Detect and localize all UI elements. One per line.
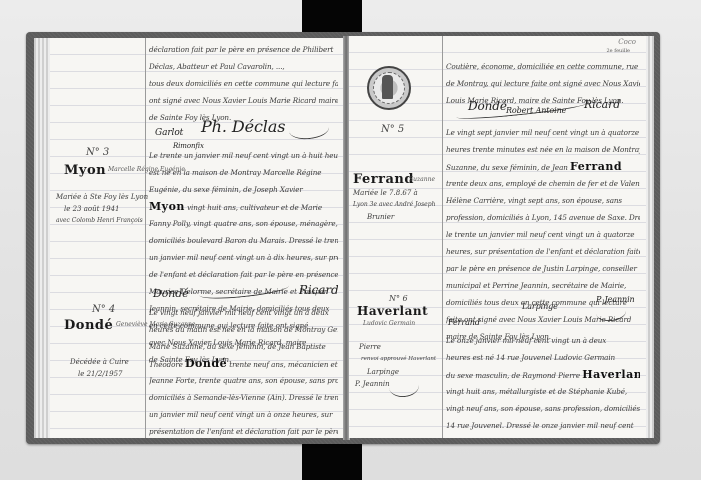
entry-surname: Myon: [64, 163, 106, 178]
scan-mask-bottom: [302, 444, 362, 480]
entry-surname: Dondé: [64, 318, 113, 333]
signature: Ferrand: [448, 314, 480, 331]
margin-rule: [442, 36, 443, 438]
inline-surname: Ferrand: [570, 160, 622, 173]
signature: Larpinge: [522, 298, 558, 315]
entry-surname: Ferrand: [353, 172, 414, 187]
marginal-note-line: le 21/2/1957: [78, 368, 123, 380]
entry-number: N° 4: [92, 304, 115, 315]
marginal-note-line: Lyon 3e avec André Joseph: [353, 199, 435, 211]
entry-body-donde: Le vingt neuf janvier mil neuf cent ving…: [149, 304, 338, 438]
signature: Ricard: [584, 96, 620, 113]
entry-number: N° 6: [389, 294, 408, 303]
marginal-note-line: Pierre: [359, 341, 381, 353]
marginal-note-line: le 23 août 1941: [64, 203, 120, 215]
scan-mask-top: [302, 0, 362, 36]
inline-surname: Dondé: [185, 357, 227, 370]
signature: Ph. Déclas: [201, 118, 285, 135]
entry-number: N° 5: [381, 124, 404, 135]
left-page: N° 3 Myon Marcelle Régine Eugénie Mariée…: [50, 38, 344, 438]
entry-body-haverlant: Le onze janvier mil neuf cent vingt un à…: [446, 332, 640, 434]
left-margin-column: N° 3 Myon Marcelle Régine Eugénie Mariée…: [50, 38, 144, 438]
signature-flourish: [388, 374, 420, 398]
marginal-note-line: renvoi approuvé Haverlant: [361, 353, 436, 365]
right-page-body: Coutière, économe, domiciliée en cette c…: [446, 36, 640, 438]
marginal-note-line: Brunier: [367, 211, 394, 223]
marginal-note-line: P. Jeannin: [355, 378, 390, 390]
right-margin-column: N° 5 Ferrand Suzanne Mariée le 7.8.67 à …: [349, 36, 441, 438]
signature: Dondé: [153, 285, 189, 302]
marginal-note-line: Mariée le 7.8.67 à: [353, 187, 418, 199]
marginal-note-line: Mariée à Ste Foy lès Lyon: [56, 191, 148, 203]
entry-given-names: Suzanne: [409, 176, 435, 183]
right-page: Coco 2e feuille N° 5 Ferrand Suzanne Mar…: [349, 36, 646, 438]
entry-number: N° 3: [86, 147, 109, 158]
municipal-seal-stamp: [367, 66, 411, 110]
margin-rule: [145, 38, 146, 438]
continuation-text: déclaration fait par le père en présence…: [149, 41, 338, 126]
signature-flourish: [288, 118, 330, 141]
signature: Ricard: [299, 282, 338, 299]
marginal-note-line: Décédée à Cuire: [70, 356, 129, 368]
page-edges-right: [646, 36, 654, 438]
entry-surname: Haverlant: [357, 304, 428, 318]
marginal-note-line: avec Colomb Henri François: [56, 215, 143, 227]
inline-surname: Haverlant: [582, 368, 640, 381]
entry-given-names: Ludovic Germain: [363, 320, 415, 327]
page-edges-left: [34, 38, 50, 438]
left-page-body: déclaration fait par le père en présence…: [149, 38, 338, 438]
inline-surname: Myon: [149, 200, 185, 213]
